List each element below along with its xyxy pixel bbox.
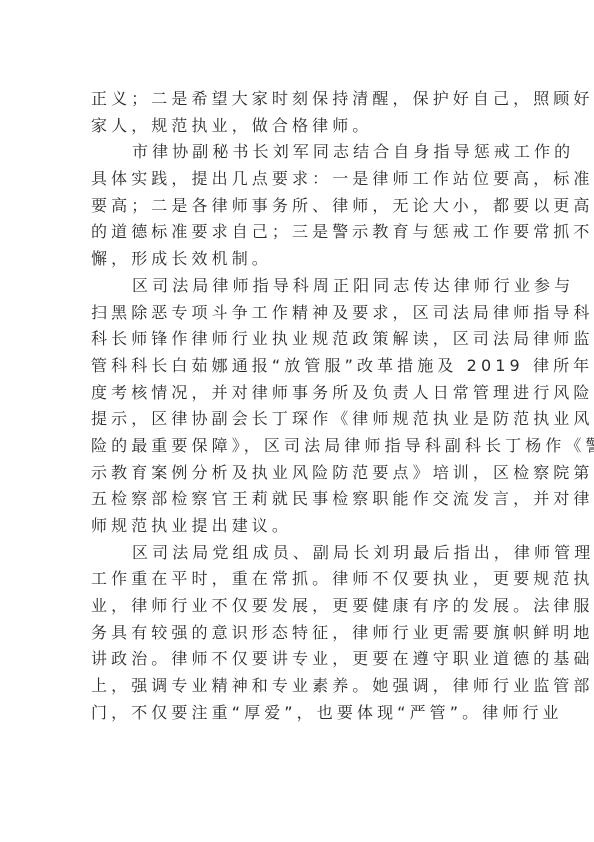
- text-line: 五检察部检察官王莉就民事检察职能作交流发言，并对律: [91, 486, 505, 513]
- text-line: 师规范执业提出建议。: [91, 513, 505, 540]
- text-line: 的道德标准要求自己；三是警示教育与惩戒工作要常抓不: [91, 219, 505, 246]
- text-line: 工作重在平时，重在常抓。律师不仅要执业，更要规范执: [91, 566, 505, 593]
- document-page: 正义；二是希望大家时刻保持清醒，保护好自己，照顾好家人，规范执业，做合格律师。市…: [0, 0, 594, 842]
- text-line: 区司法局党组成员、副局长刘玥最后指出，律师管理: [91, 540, 505, 567]
- text-line: 上，强调专业精神和专业素养。她强调，律师行业监管部: [91, 673, 505, 700]
- text-line: 扫黑除恶专项斗争工作精神及要求，区司法局律师指导科: [91, 300, 505, 327]
- text-line: 家人，规范执业，做合格律师。: [91, 113, 505, 140]
- text-line: 提示，区律协副会长丁琛作《律师规范执业是防范执业风: [91, 406, 505, 433]
- text-line: 务具有较强的意识形态特征，律师行业更需要旗帜鲜明地: [91, 620, 505, 647]
- text-line: 要高；二是各律师事务所、律师，无论大小，都要以更高: [91, 193, 505, 220]
- text-line: 具体实践，提出几点要求：一是律师工作站位要高，标准: [91, 166, 505, 193]
- text-line: 度考核情况，并对律师事务所及负责人日常管理进行风险: [91, 380, 505, 407]
- text-line: 门，不仅要注重“厚爱”，也要体现“严管”。律师行业: [91, 700, 505, 727]
- body-text: 正义；二是希望大家时刻保持清醒，保护好自己，照顾好家人，规范执业，做合格律师。市…: [91, 86, 505, 727]
- text-line: 管科科长白茹娜通报“放管服”改革措施及 2019 律所年: [91, 353, 505, 380]
- text-line: 讲政治。律师不仅要讲专业，更要在遵守职业道德的基础: [91, 646, 505, 673]
- text-line: 示教育案例分析及执业风险防范要点》培训，区检察院第: [91, 460, 505, 487]
- text-line: 业，律师行业不仅要发展，更要健康有序的发展。法律服: [91, 593, 505, 620]
- text-line: 懈，形成长效机制。: [91, 246, 505, 273]
- text-line: 区司法局律师指导科周正阳同志传达律师行业参与: [91, 273, 505, 300]
- text-line: 正义；二是希望大家时刻保持清醒，保护好自己，照顾好: [91, 86, 505, 113]
- text-line: 市律协副秘书长刘军同志结合自身指导惩戒工作的: [91, 139, 505, 166]
- text-line: 科长师锋作律师行业执业规范政策解读，区司法局律师监: [91, 326, 505, 353]
- text-line: 险的最重要保障》，区司法局律师指导科副科长丁杨作《警: [91, 433, 505, 460]
